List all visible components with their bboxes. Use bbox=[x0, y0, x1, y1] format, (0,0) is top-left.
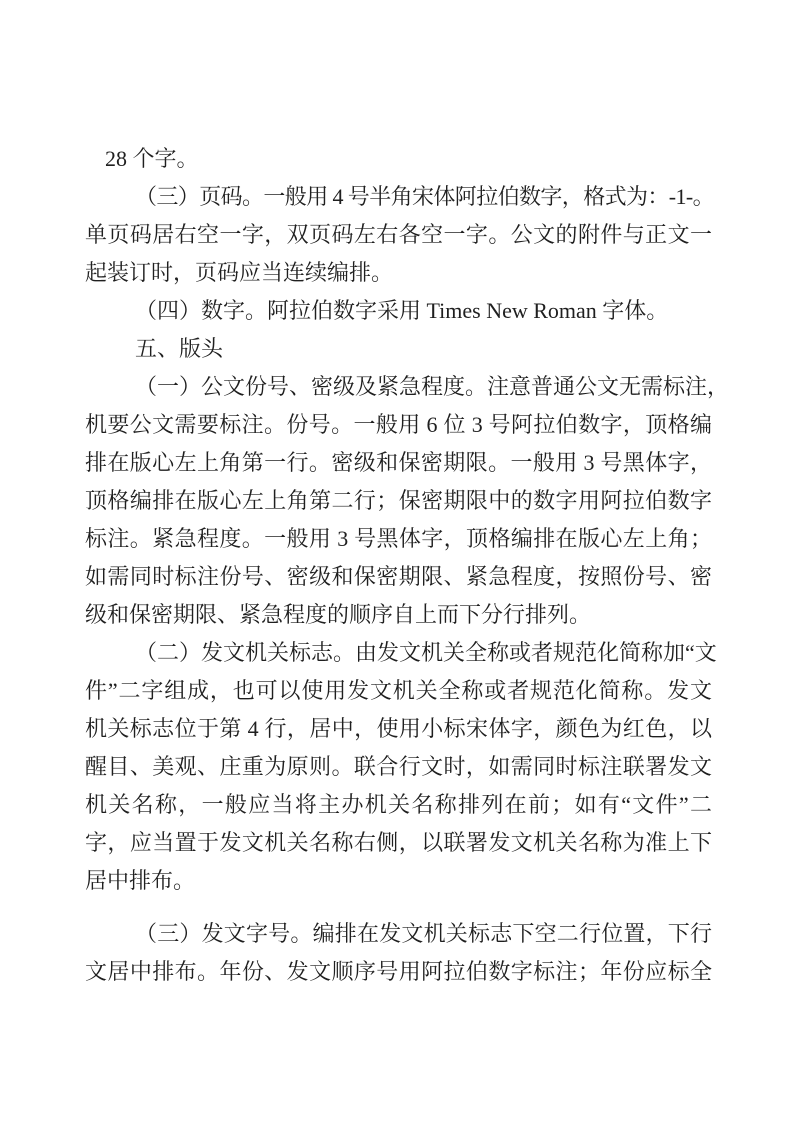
text-line: 28 个字。 bbox=[85, 140, 712, 178]
text-line: 居中排布。 bbox=[85, 862, 712, 900]
text-line: 如需同时标注份号、密级和保密期限、紧急程度，按照份号、密 bbox=[85, 558, 712, 596]
text-line: 机关名称，一般应当将主办机关名称排列在前；如有“文件”二 bbox=[85, 786, 712, 824]
text-line: （二）发文机关标志。由发文机关全称或者规范化简称加“文 bbox=[85, 634, 712, 672]
text-line: 起装订时，页码应当连续编排。 bbox=[85, 254, 712, 292]
text-line: （一）公文份号、密级及紧急程度。注意普通公文无需标注， bbox=[85, 368, 712, 406]
text-line: （四）数字。阿拉伯数字采用 Times New Roman 字体。 bbox=[85, 292, 712, 330]
text-line: 标注。紧急程度。一般用 3 号黑体字，顶格编排在版心左上角； bbox=[85, 520, 712, 558]
text-line: 字，应当置于发文机关名称右侧，以联署发文机关名称为准上下 bbox=[85, 824, 712, 862]
text-line: 机关标志位于第 4 行，居中，使用小标宋体字，颜色为红色，以 bbox=[85, 710, 712, 748]
document-page: 28 个字。（三）页码。一般用 4 号半角宋体阿拉伯数字，格式为：-1-。单页码… bbox=[0, 0, 793, 1122]
text-line: （三）发文字号。编排在发文机关标志下空二行位置，下行 bbox=[85, 915, 712, 953]
text-line: 机要公文需要标注。份号。一般用 6 位 3 号阿拉伯数字，顶格编 bbox=[85, 406, 712, 444]
text-line: 醒目、美观、庄重为原则。联合行文时，如需同时标注联署发文 bbox=[85, 748, 712, 786]
text-line: 件”二字组成，也可以使用发文机关全称或者规范化简称。发文 bbox=[85, 672, 712, 710]
text-line: 顶格编排在版心左上角第二行；保密期限中的数字用阿拉伯数字 bbox=[85, 482, 712, 520]
text-line: 五、版头 bbox=[85, 330, 712, 368]
text-block: 28 个字。（三）页码。一般用 4 号半角宋体阿拉伯数字，格式为：-1-。单页码… bbox=[85, 140, 712, 991]
text-line: （三）页码。一般用 4 号半角宋体阿拉伯数字，格式为：-1-。 bbox=[85, 178, 712, 216]
text-line: 级和保密期限、紧急程度的顺序自上而下分行排列。 bbox=[85, 596, 712, 634]
text-line: 单页码居右空一字，双页码左右各空一字。公文的附件与正文一 bbox=[85, 216, 712, 254]
text-line: 文居中排布。年份、发文顺序号用阿拉伯数字标注；年份应标全 bbox=[85, 953, 712, 991]
text-line: 排在版心左上角第一行。密级和保密期限。一般用 3 号黑体字， bbox=[85, 444, 712, 482]
